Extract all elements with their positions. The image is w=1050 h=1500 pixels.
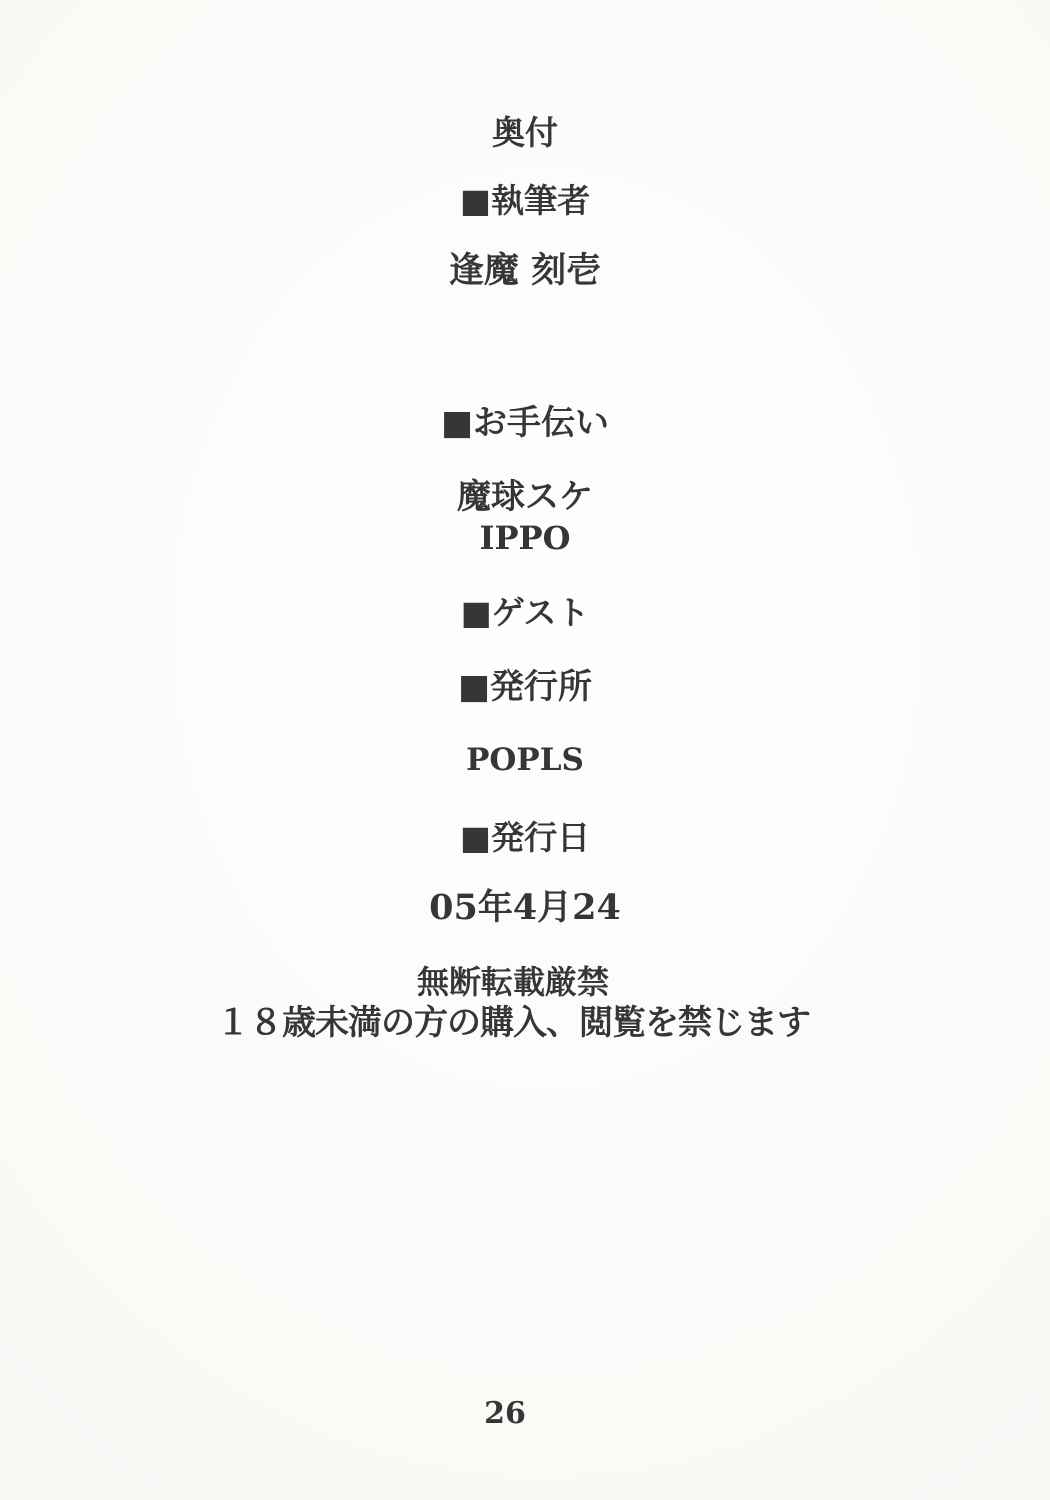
writer-name: 逢魔 刻壱 xyxy=(0,254,1050,289)
notice-age-restriction: １８歳未満の方の購入、閲覧を禁じます xyxy=(0,1006,1038,1040)
colophon-page: 奥付 ■執筆者 逢魔 刻壱 ■お手伝い 魔球スケ IPPO ■ゲスト ■発行所 … xyxy=(0,0,1050,1500)
page-title: 奥付 xyxy=(0,116,1050,149)
helper-name: IPPO xyxy=(0,522,1050,554)
section-heading-helpers: ■お手伝い xyxy=(0,406,1050,440)
helper-name: 魔球スケ xyxy=(0,480,1050,514)
section-heading-writer: ■執筆者 xyxy=(0,184,1050,217)
publish-date: 05年4月24 xyxy=(0,890,1050,925)
section-heading-date: ■発行日 xyxy=(0,821,1050,854)
section-heading-publisher: ■発行所 xyxy=(0,670,1050,704)
notice-no-reproduction: 無断転載厳禁 xyxy=(0,966,1038,998)
section-heading-guest: ■ゲスト xyxy=(0,596,1050,629)
publisher-name: POPLS xyxy=(0,745,1050,776)
page-number: 26 xyxy=(0,1399,1030,1429)
